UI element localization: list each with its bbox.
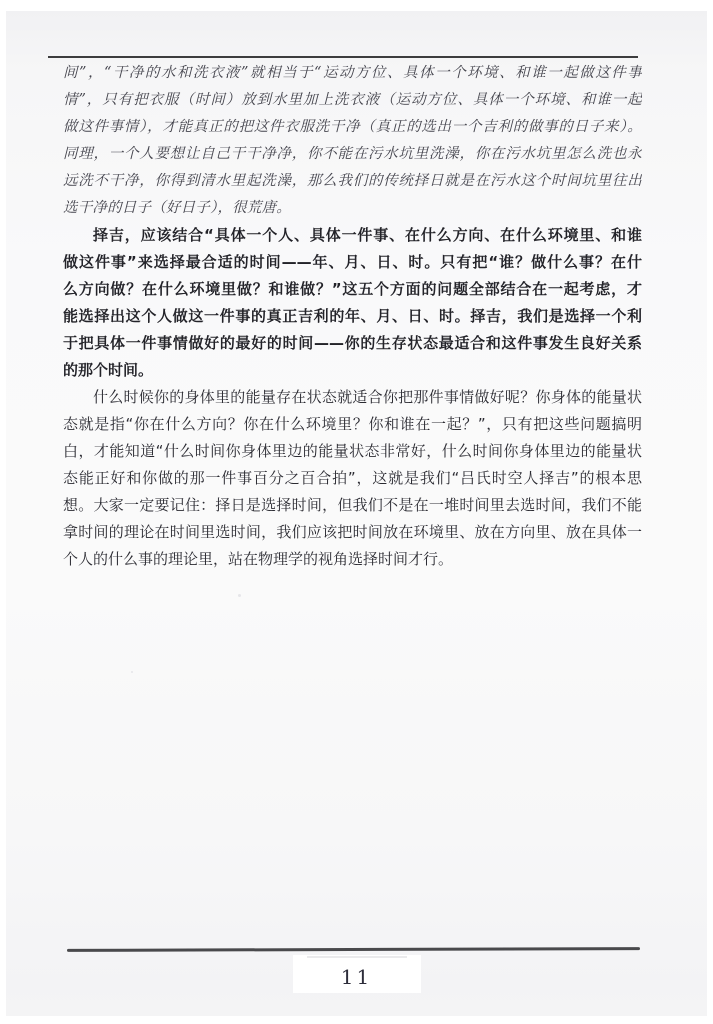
scanned-page: 间”，“干净的水和洗衣液”就相当于“运动方位、具体一个环境、和谁一起做这件事情”… (0, 0, 713, 1024)
page-number-row: 11 (0, 955, 713, 993)
text-line: 做这件事情），才能真正的把这件衣服洗干净（真正的选出一个吉利的做事的日子来）。 (63, 114, 642, 141)
text-line: 么方向做？在什么环境里做？和谁做？”这五个方面的问题全部结合在一起考虑，才 (63, 276, 642, 303)
text-line: 择吉，应该结合“具体一个人、具体一件事、在什么方向、在什么环境里、和谁 (63, 222, 642, 249)
text-line: 什么时候你的身体里的能量存在状态就适合你把那件事情做好呢？你身体的能量状 (63, 384, 642, 411)
text-block: 间”，“干净的水和洗衣液”就相当于“运动方位、具体一个环境、和谁一起做这件事情”… (63, 60, 642, 573)
header-rule (48, 56, 638, 58)
text-line: 拿时间的理论在时间里选时间，我们应该把时间放在环境里、放在方向里、放在具体一 (63, 519, 642, 546)
scan-smudge (307, 956, 407, 958)
text-line: 能选择出这个人做这一件事的真正吉利的年、月、日、时。择吉，我们是选择一个利 (63, 303, 642, 330)
text-line: 远洗不干净，你得到清水里起洗澡，那么我们的传统择日就是在污水这个时间坑里往出 (63, 168, 642, 195)
text-line: 同理，一个人要想让自己干干净净，你不能在污水坑里洗澡，你在污水坑里怎么洗也永 (63, 141, 642, 168)
page-number-patch: 11 (293, 955, 421, 993)
text-line: 选干净的日子（好日子），很荒唐。 (63, 195, 642, 222)
text-line: 态就是指“你在什么方向？你在什么环境里？你和谁在一起？”，只有把这些问题搞明 (63, 411, 642, 438)
energy-state-paragraph: 什么时候你的身体里的能量存在状态就适合你把那件事情做好呢？你身体的能量状态就是指… (63, 384, 642, 573)
text-line: 个人的什么事的理论里，站在物理学的视角选择时间才行。 (63, 546, 642, 573)
text-line: 想。大家一定要记住：择日是选择时间，但我们不是在一堆时间里去选时间，我们不能 (63, 492, 642, 519)
text-line: 做这件事”来选择最合适的时间——年、月、日、时。只有把“谁？做什么事？在什 (63, 249, 642, 276)
text-line: 态能正好和你做的那一件事百分之百合拍”，这就是我们“吕氏时空人择吉”的根本思 (63, 465, 642, 492)
text-line: 情”，只有把衣服（时间）放到水里加上洗衣液（运动方位、具体一个环境、和谁一起 (63, 87, 642, 114)
text-line: 间”，“干净的水和洗衣液”就相当于“运动方位、具体一个环境、和谁一起做这件事 (63, 60, 642, 87)
text-line: 的那个时间。 (63, 357, 642, 384)
page-number: 11 (341, 959, 372, 989)
zeji-principle-paragraph: 择吉，应该结合“具体一个人、具体一件事、在什么方向、在什么环境里、和谁做这件事”… (63, 222, 642, 384)
scan-speck (238, 594, 241, 597)
text-line: 白，才能知道“什么时间你身体里边的能量状态非常好，什么时间你身体里边的能量状 (63, 438, 642, 465)
text-line: 于把具体一件事情做好的最好的时间——你的生存状态最适合和这件事发生良好关系 (63, 330, 642, 357)
continuation-paragraph: 间”，“干净的水和洗衣液”就相当于“运动方位、具体一个环境、和谁一起做这件事情”… (63, 60, 642, 222)
scan-speck (131, 671, 133, 673)
